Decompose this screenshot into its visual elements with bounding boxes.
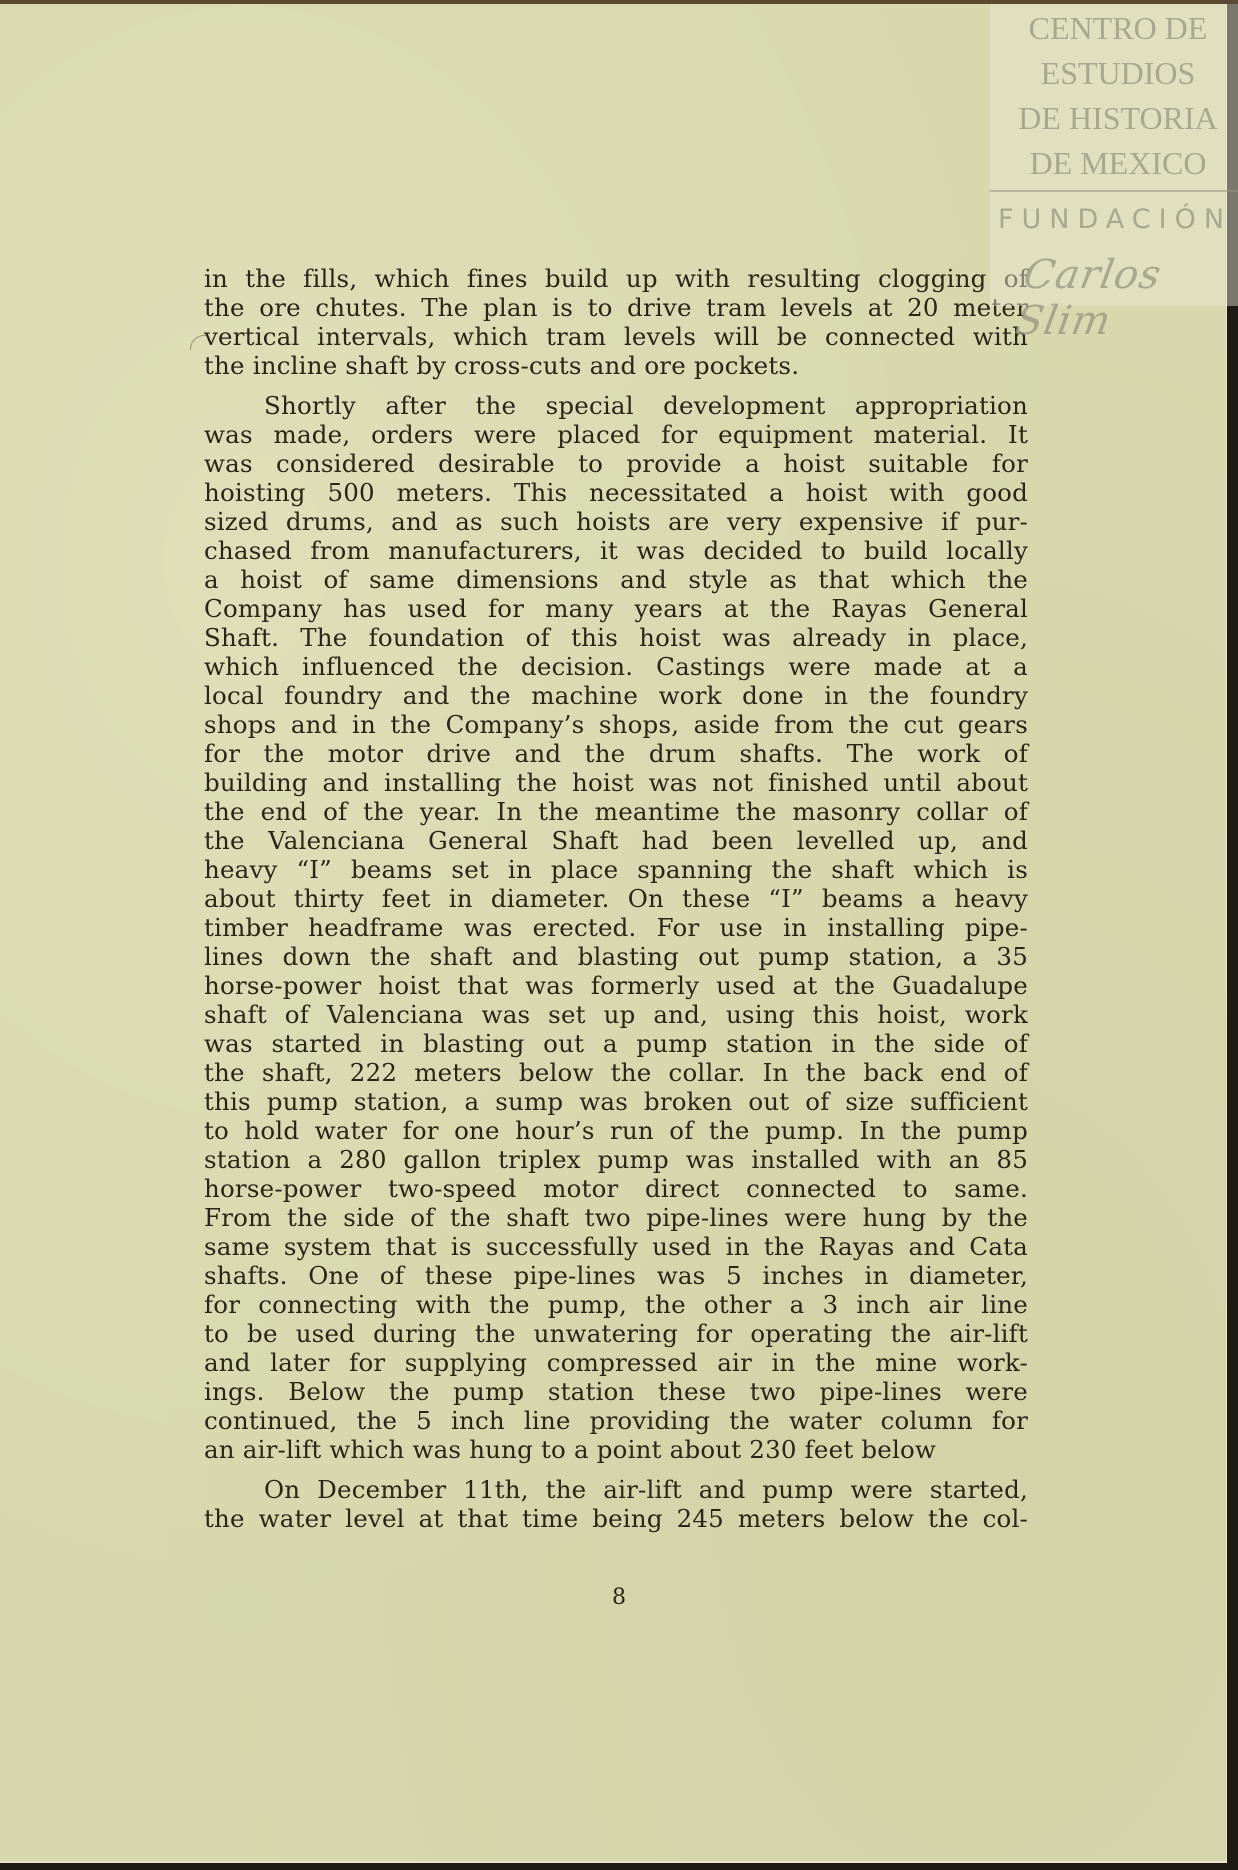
watermark-foundation-label: FUNDACIÓN (998, 204, 1238, 235)
text-line: vertical intervals, which tram levels wi… (204, 322, 1028, 351)
text-line: building and installing the hoist was no… (204, 768, 1028, 797)
body-text: in the fills, which fines build up with … (204, 264, 1028, 1533)
watermark-line: ESTUDIOS (998, 51, 1238, 96)
text-line: lines down the shaft and blasting out pu… (204, 942, 1028, 971)
text-line: the incline shaft by cross-cuts and ore … (204, 351, 1028, 380)
watermark-line: DE HISTORIA (998, 96, 1238, 141)
text-line: shaft of Valenciana was set up and, usin… (204, 1000, 1028, 1029)
text-line: for the motor drive and the drum shafts.… (204, 739, 1028, 768)
text-line: a hoist of same dimensions and style as … (204, 565, 1028, 594)
text-line: was made, orders were placed for equipme… (204, 420, 1028, 449)
text-line: an air-lift which was hung to a point ab… (204, 1435, 1028, 1464)
text-line: timber headframe was erected. For use in… (204, 913, 1028, 942)
text-line: heavy “I” beams set in place spanning th… (204, 855, 1028, 884)
text-line: about thirty feet in diameter. On these … (204, 884, 1028, 913)
text-line: to be used during the unwatering for ope… (204, 1319, 1028, 1348)
text-line: shafts. One of these pipe-lines was 5 in… (204, 1261, 1028, 1290)
text-line: was started in blasting out a pump stati… (204, 1029, 1028, 1058)
text-line: the ore chutes. The plan is to drive tra… (204, 293, 1028, 322)
text-line: sized drums, and as such hoists are very… (204, 507, 1028, 536)
text-line: continued, the 5 inch line providing the… (204, 1406, 1028, 1435)
text-line: the shaft, 222 meters below the collar. … (204, 1058, 1028, 1087)
paragraph-gap (204, 380, 1028, 391)
watermark-line: CENTRO DE (998, 6, 1238, 51)
text-line: Shortly after the special development ap… (204, 391, 1028, 420)
text-line: same system that is successfully used in… (204, 1232, 1028, 1261)
watermark-divider (990, 190, 1238, 192)
text-line: to hold water for one hour’s run of the … (204, 1116, 1028, 1145)
watermark-institution: CENTRO DE ESTUDIOS DE HISTORIA DE MEXICO (990, 4, 1238, 186)
page-number: 8 (0, 1585, 1238, 1610)
text-line: the water level at that time being 245 m… (204, 1504, 1028, 1533)
text-line: shops and in the Company’s shops, aside … (204, 710, 1028, 739)
text-line: local foundry and the machine work done … (204, 681, 1028, 710)
text-line: the end of the year. In the meantime the… (204, 797, 1028, 826)
text-line: Shaft. The foundation of this hoist was … (204, 623, 1028, 652)
text-line: horse-power hoist that was formerly used… (204, 971, 1028, 1000)
paragraph-3: On December 11th, the air-lift and pump … (204, 1475, 1028, 1533)
paragraph-gap (204, 1464, 1028, 1475)
text-line: in the fills, which fines build up with … (204, 264, 1028, 293)
text-line: On December 11th, the air-lift and pump … (204, 1475, 1028, 1504)
text-line: for connecting with the pump, the other … (204, 1290, 1028, 1319)
watermark-signature: Carlos Slim (1012, 252, 1238, 344)
text-line: the Valenciana General Shaft had been le… (204, 826, 1028, 855)
text-line: was considered desirable to provide a ho… (204, 449, 1028, 478)
text-line: hoisting 500 meters. This necessitated a… (204, 478, 1028, 507)
text-line: horse-power two-speed motor direct conne… (204, 1174, 1028, 1203)
watermark-panel: CENTRO DE ESTUDIOS DE HISTORIA DE MEXICO… (990, 4, 1238, 306)
text-line: and later for supplying compressed air i… (204, 1348, 1028, 1377)
text-line: Company has used for many years at the R… (204, 594, 1028, 623)
paragraph-1: in the fills, which fines build up with … (204, 264, 1028, 380)
text-line: this pump station, a sump was broken out… (204, 1087, 1028, 1116)
text-line: which influenced the decision. Castings … (204, 652, 1028, 681)
text-line: From the side of the shaft two pipe-line… (204, 1203, 1028, 1232)
watermark-line: DE MEXICO (998, 141, 1238, 186)
text-line: station a 280 gallon triplex pump was in… (204, 1145, 1028, 1174)
text-line: chased from manufacturers, it was decide… (204, 536, 1028, 565)
text-line: ings. Below the pump station these two p… (204, 1377, 1028, 1406)
paragraph-2: Shortly after the special development ap… (204, 391, 1028, 1464)
